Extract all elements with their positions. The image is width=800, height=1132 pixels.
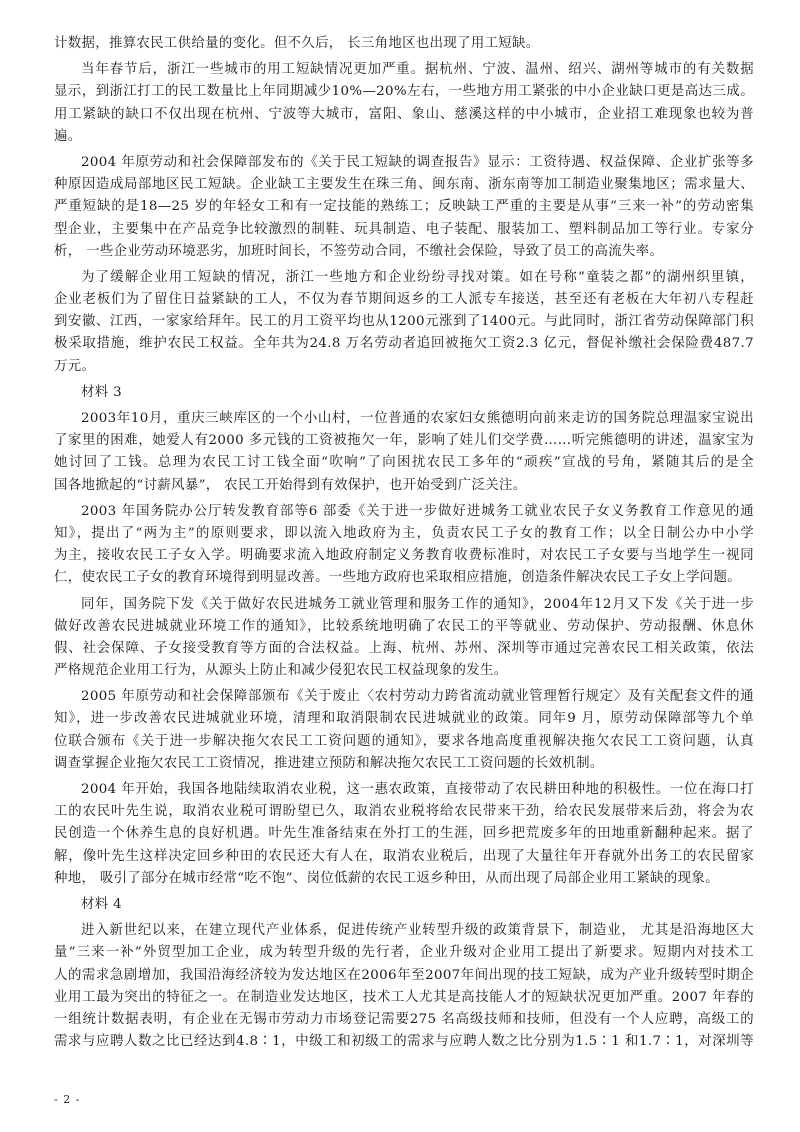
paragraph: 2004 年开始，我国各地陆续取消农业税，这一惠农政策，直接带动了农民耕田种地的…	[54, 779, 754, 890]
text-line: 仁，使农民工子女的教育环境得到明显改善。一些地方政府也采取相应措施，创造条件解决…	[54, 567, 754, 589]
text-line: 一组统计数据表明，有企业在无锡市劳动力市场登记需要275 名高级技师和技师，但没…	[54, 1009, 754, 1031]
text-line: 假、社会保障、子女接受教育等方面的合法权益。上海、杭州、苏州、深圳等市通过完善农…	[54, 638, 754, 660]
text-line: 民创造一个休养生息的良好机遇。叶先生准备结束在外打工的生涯，回乡把荒废多年的田地…	[54, 823, 754, 845]
section-heading: 材料 3	[54, 382, 754, 404]
text-line: 严格规范企业用工行为，从源头上防止和减少侵犯农民工权益现象的发生。	[54, 660, 754, 682]
text-line: 业用工最为突出的特征之一。在制造业发达地区，技术工人尤其是高技能人才的短缺状况更…	[54, 987, 754, 1009]
text-line: 到安徽、江西，一家家给拜年。民工的月工资平均也从1200元涨到了1400元。与此…	[54, 311, 754, 333]
text-line: 当年春节后，浙江一些城市的用工短缺情况更加严重。据杭州、宁波、温州、绍兴、湖州等…	[54, 59, 754, 81]
text-line: 2003 年国务院办公厅转发教育部等6 部委《关于进一步做好进城务工就业农民子女…	[54, 501, 754, 523]
paragraph: 2003年10月，重庆三峡库区的一个小山村，一位普通的农家妇女熊德明向前来走访的…	[54, 408, 754, 497]
text-line: 解，像叶先生这样决定回乡种田的农民还大有人在，取消农业税后，出现了大量往年开春就…	[54, 846, 754, 868]
text-line: 人的需求急剧增加，我国沿海经济较为发达地区在2006年至2007年间出现的技工短…	[54, 965, 754, 987]
paragraph: 为了缓解企业用工短缺的情况，浙江一些地方和企业纷纷寻找对策。如在号称“童装之都”…	[54, 267, 754, 378]
text-line: 知》，提出了“两为主”的原则要求，即以流入地政府为主，负责农民工子女的教育工作；…	[54, 523, 754, 545]
text-line: 量“三来一补”外贸型加工企业，成为转型升级的先行者，企业升级对企业用工提出了新要…	[54, 942, 754, 964]
text-line: 企业老板们为了留住日益紧缺的工人，不仅为春节期间返乡的工人派专车接送，甚至还有老…	[54, 289, 754, 311]
text-line: 2005 年原劳动和社会保障部颁布《关于废止〈农村劳动力跨省流动就业管理暂行规定…	[54, 686, 754, 708]
paragraph: 同年，国务院下发《关于做好农民进城务工就业管理和服务工作的通知》，2004年12…	[54, 594, 754, 683]
text-line: 了家里的困难，她爱人有2000 多元钱的工资被拖欠一年，影响了娃儿们交学费……听…	[54, 430, 754, 452]
text-line: 型企业，主要集中在产品竞争比较激烈的制鞋、玩具制造、电子装配、服装加工、塑料制品…	[54, 219, 754, 241]
text-line: 位联合颁布《关于进一步解决拖欠农民工工资问题的通知》，要求各地高度重视解决拖欠农…	[54, 731, 754, 753]
text-line: 遍。	[54, 126, 754, 148]
text-line: 万元。	[54, 356, 754, 378]
paragraph: 计数据，推算农民工供给量的变化。但不久后， 长三角地区也出现了用工短缺。	[54, 33, 754, 55]
text-line: 2004 年原劳动和社会保障部发布的《关于民工短缺的调查报告》显示：工资待遇、权…	[54, 152, 754, 174]
paragraph: 当年春节后，浙江一些城市的用工短缺情况更加严重。据杭州、宁波、温州、绍兴、湖州等…	[54, 59, 754, 148]
text-line: 调查掌握企业拖欠农民工工资情况，推进建立预防和解决拖欠农民工工资问题的长效机制。	[54, 753, 754, 775]
text-line: 为主，接收农民工子女入学。明确要求流入地政府制定义务教育收费标准时，对农民工子女…	[54, 545, 754, 567]
text-line: 析， 一些企业劳动环境恶劣，加班时间长，不签劳动合同，不缴社会保险，导致了员工的…	[54, 241, 754, 263]
text-line: 知》，进一步改善农民进城就业环境，清理和取消限制农民进城就业的政策。同年9 月，…	[54, 708, 754, 730]
text-line: 为了缓解企业用工短缺的情况，浙江一些地方和企业纷纷寻找对策。如在号称“童装之都”…	[54, 267, 754, 289]
text-line: 需求与应聘人数之比已经达到4.8∶1，中级工和初级工的需求与应聘人数之比分别为1…	[54, 1031, 754, 1053]
text-line: 用工紧缺的缺口不仅出现在杭州、宁波等大城市，富阳、象山、慈溪这样的中小城市，企业…	[54, 104, 754, 126]
text-line: 国各地掀起的“讨薪风暴”， 农民工开始得到有效保护，也开始受到广泛关注。	[54, 475, 754, 497]
text-line: 同年，国务院下发《关于做好农民进城务工就业管理和服务工作的通知》，2004年12…	[54, 594, 754, 616]
paragraph: 进入新世纪以来，在建立现代产业体系，促进传统产业转型升级的政策背景下，制造业， …	[54, 920, 754, 1053]
paragraph: 2004 年原劳动和社会保障部发布的《关于民工短缺的调查报告》显示：工资待遇、权…	[54, 152, 754, 263]
text-line: 做好改善农民进城就业环境工作的通知》，比较系统地明确了农民工的平等就业、劳动保护…	[54, 616, 754, 638]
document-page: 计数据，推算农民工供给量的变化。但不久后， 长三角地区也出现了用工短缺。当年春节…	[54, 33, 754, 1053]
text-line: 严重短缺的是18—25 岁的年轻女工和有一定技能的熟练工；反映缺工严重的主要是从…	[54, 196, 754, 218]
paragraph: 2003 年国务院办公厅转发教育部等6 部委《关于进一步做好进城务工就业农民子女…	[54, 501, 754, 590]
paragraph: 2005 年原劳动和社会保障部颁布《关于废止〈农村劳动力跨省流动就业管理暂行规定…	[54, 686, 754, 775]
text-line: 2004 年开始，我国各地陆续取消农业税，这一惠农政策，直接带动了农民耕田种地的…	[54, 779, 754, 801]
text-line: 进入新世纪以来，在建立现代产业体系，促进传统产业转型升级的政策背景下，制造业， …	[54, 920, 754, 942]
text-line: 种地， 吸引了部分在城市经常“吃不饱”、岗位低薪的农民工返乡种田，从而出现了局部…	[54, 868, 754, 890]
page-number: - 2 -	[54, 1091, 80, 1109]
text-line: 极采取措施，维护农民工权益。全年共为24.8 万名劳动者追回被拖欠工资2.3 亿…	[54, 333, 754, 355]
text-line: 工的农民叶先生说，取消农业税可谓盼望已久，取消农业税将给农民带来干劲，给农民发展…	[54, 801, 754, 823]
text-line: 计数据，推算农民工供给量的变化。但不久后， 长三角地区也出现了用工短缺。	[54, 33, 754, 55]
text-line: 2003年10月，重庆三峡库区的一个小山村，一位普通的农家妇女熊德明向前来走访的…	[54, 408, 754, 430]
text-line: 种原因造成局部地区民工短缺。企业缺工主要发生在珠三角、闽东南、浙东南等加工制造业…	[54, 174, 754, 196]
text-line: 显示，到浙江打工的民工数量比上年同期减少10%—20%左右，一些地方用工紧张的中…	[54, 81, 754, 103]
section-heading: 材料 4	[54, 894, 754, 916]
text-line: 她讨回了工钱。总理为农民工讨工钱全面“吹响”了向困扰农民工多年的“顽疾”宣战的号…	[54, 452, 754, 474]
